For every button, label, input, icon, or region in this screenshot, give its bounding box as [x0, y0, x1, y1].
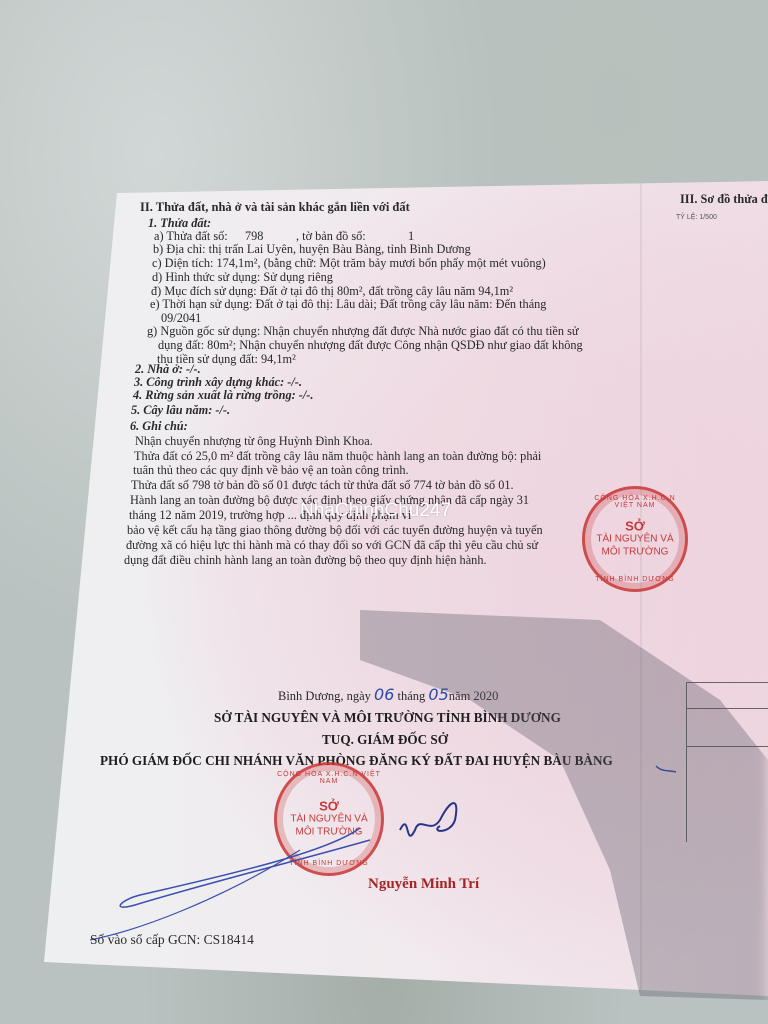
signer-name: Nguyễn Minh Trí [368, 876, 479, 893]
registry-number: Số vào sổ cấp GCN: CS18414 [90, 932, 254, 947]
